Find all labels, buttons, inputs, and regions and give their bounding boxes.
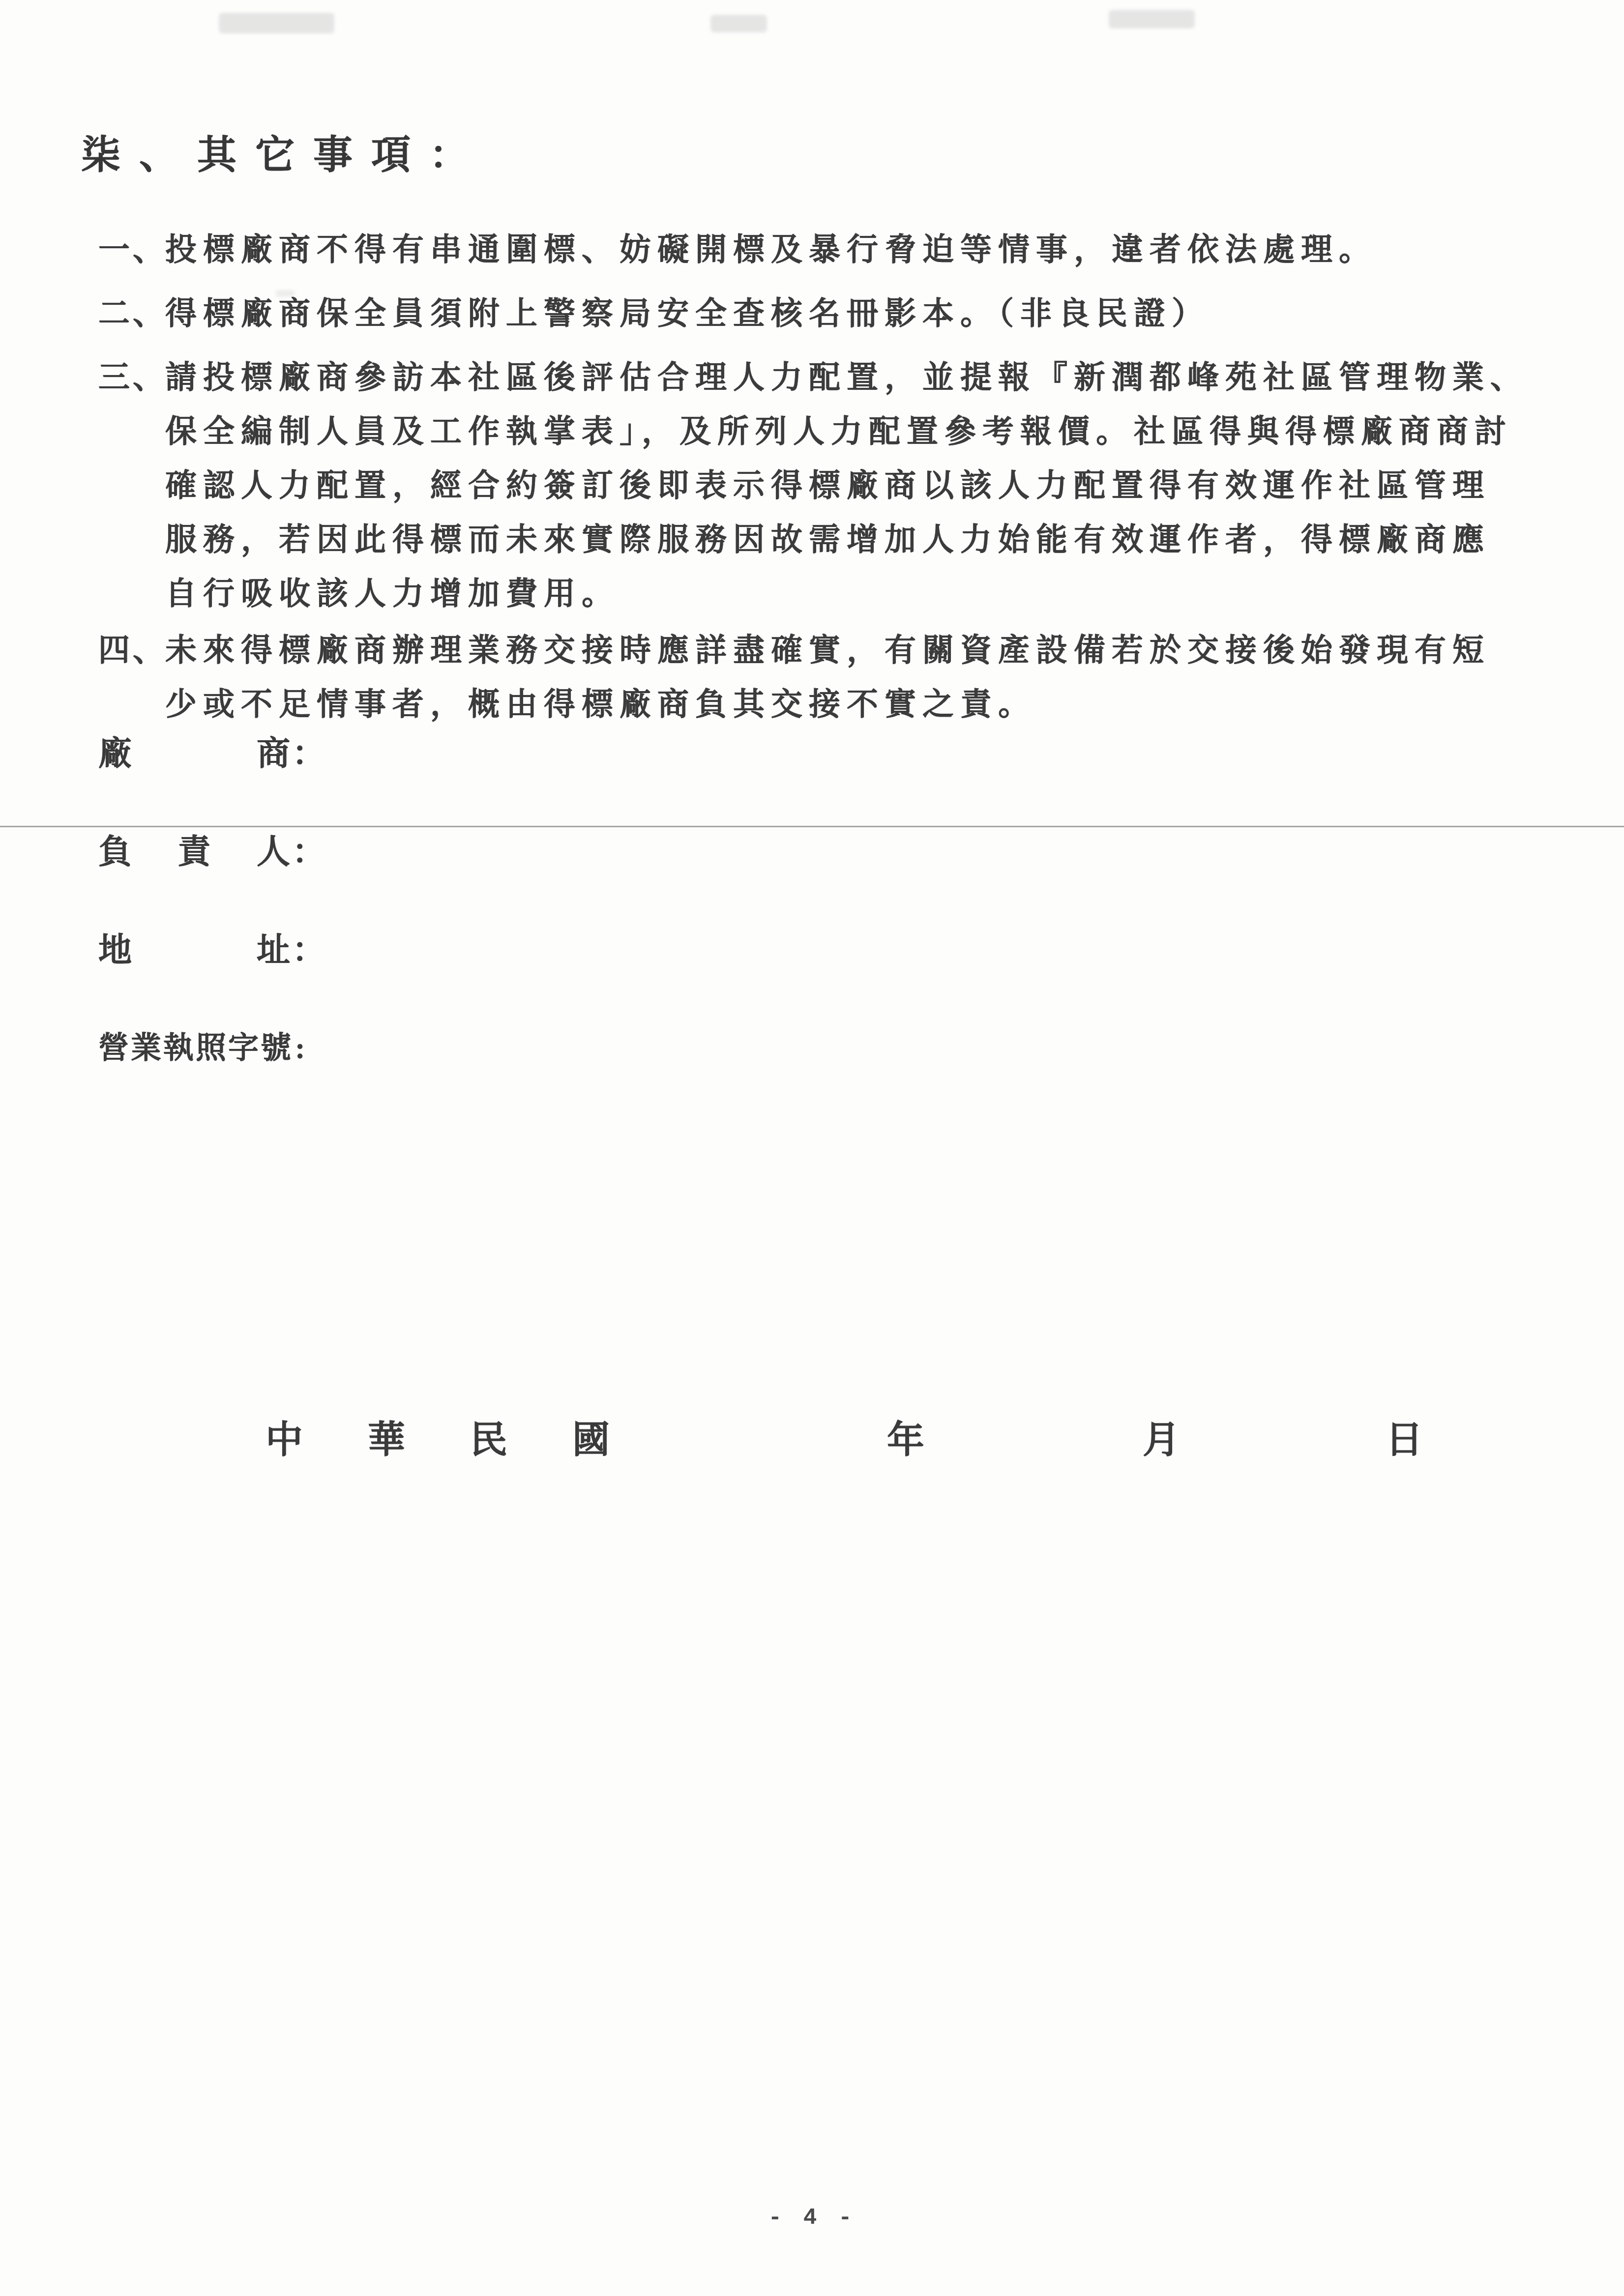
- section-heading: 柒、其它事項：: [81, 123, 1550, 179]
- field-business-license-number-colon: :: [295, 1026, 305, 1071]
- list-item-line: 未來得標廠商辦理業務交接時應詳盡確實，有關資產設備若於交接後始發現有短: [165, 623, 1550, 677]
- scan-smudge: [1109, 10, 1195, 29]
- clause-list: 一、 投標廠商不得有串通圍標、妨礙開標及暴行脅迫等情事，違者依法處理。 二、 得…: [98, 223, 1550, 731]
- list-item-4: 四、 未來得標廠商辦理業務交接時應詳盡確實，有關資產設備若於交接後始發現有短 少…: [98, 623, 1550, 731]
- list-item-number: 二、: [98, 287, 167, 341]
- list-item-line: 保全編制人員及工作執掌表」，及所列人力配置參考報價。社區得與得標廠商商討: [165, 405, 1550, 459]
- date-month-label: 月: [1143, 1410, 1180, 1463]
- list-item-line: 少或不足情事者，概由得標廠商負其交接不實之責。: [165, 677, 1550, 731]
- field-vendor-colon: ：: [292, 731, 325, 776]
- date-era-label: 中華民國: [266, 1410, 675, 1463]
- list-item-line: 自行吸收該人力增加費用。: [165, 567, 1550, 621]
- field-address: 地址：: [98, 928, 1550, 972]
- field-address-label: 地址: [98, 928, 290, 972]
- list-item-line: 請投標廠商參訪本社區後評估合理人力配置，並提報『新潤都峰苑社區管理物業、: [165, 350, 1550, 405]
- field-vendor-label: 廠商: [98, 731, 290, 776]
- scan-line-artifact: [0, 826, 1624, 827]
- list-item-number: 四、: [98, 623, 167, 677]
- signature-fields: 廠商： 負責人： 地址： 營業執照字號:: [98, 731, 1550, 1071]
- list-item-1: 一、 投標廠商不得有串通圍標、妨礙開標及暴行脅迫等情事，違者依法處理。: [98, 223, 1550, 277]
- date-day-label: 日: [1386, 1410, 1423, 1463]
- document-content: 柒、其它事項： 一、 投標廠商不得有串通圍標、妨礙開標及暴行脅迫等情事，違者依法…: [0, 0, 1624, 1071]
- list-item-line: 得標廠商保全員須附上警察局安全查核名冊影本。（非良民證）: [165, 287, 1550, 341]
- list-item-2: 二、 得標廠商保全員須附上警察局安全查核名冊影本。（非良民證）: [98, 287, 1550, 341]
- scan-smudge: [710, 15, 767, 32]
- field-responsible-person: 負責人：: [98, 830, 1550, 874]
- field-responsible-person-label: 負責人: [98, 830, 290, 874]
- date-line: 中華民國 年 月 日: [266, 1410, 1423, 1463]
- date-year-label: 年: [887, 1410, 924, 1463]
- field-business-license-number: 營業執照字號:: [98, 1026, 1550, 1071]
- list-item-line: 確認人力配置，經合約簽訂後即表示得標廠商以該人力配置得有效運作社區管理: [165, 459, 1550, 513]
- scan-smudge: [219, 13, 334, 33]
- list-item-line: 服務，若因此得標而未來實際服務因故需增加人力始能有效運作者，得標廠商應: [165, 513, 1550, 567]
- list-item-number: 一、: [98, 223, 167, 277]
- list-item-line: 投標廠商不得有串通圍標、妨礙開標及暴行脅迫等情事，違者依法處理。: [165, 223, 1550, 277]
- page-number: - 4 -: [0, 2205, 1624, 2231]
- list-item-3: 三、 請投標廠商參訪本社區後評估合理人力配置，並提報『新潤都峰苑社區管理物業、 …: [98, 350, 1550, 621]
- field-responsible-person-colon: ：: [292, 830, 325, 874]
- field-business-license-number-label: 營業執照字號: [98, 1026, 293, 1071]
- field-vendor: 廠商：: [98, 731, 1550, 776]
- field-address-colon: ：: [292, 928, 325, 972]
- list-item-number: 三、: [98, 350, 167, 405]
- document-page: 柒、其它事項： 一、 投標廠商不得有串通圍標、妨礙開標及暴行脅迫等情事，違者依法…: [0, 0, 1624, 2296]
